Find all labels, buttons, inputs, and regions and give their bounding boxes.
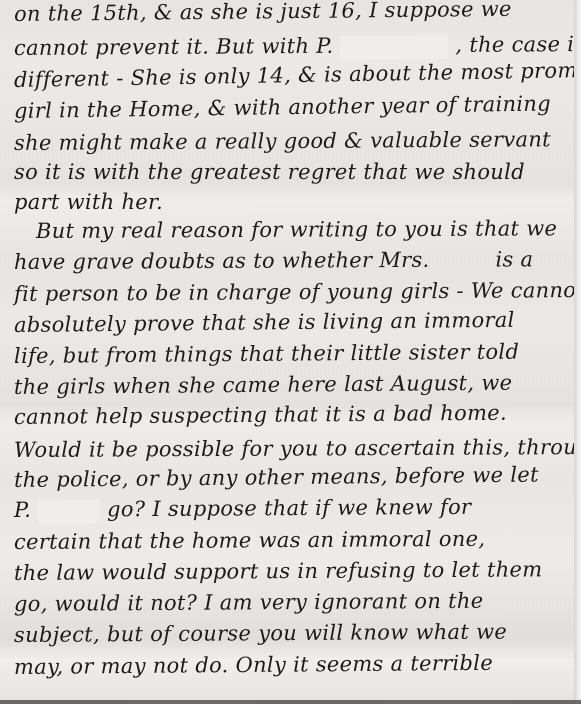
redaction-box [340, 34, 448, 59]
letter-line-9: have grave doubts as to whether Mrs. is … [14, 247, 533, 275]
letter-line-9-after: is a [495, 247, 533, 271]
letter-page: on the 15th, & as she is just 16, I supp… [0, 0, 581, 704]
letter-line-6: so it is with the greatest regret that w… [14, 160, 525, 184]
letter-line-4: girl in the Home, & with another year of… [14, 92, 551, 123]
paper-edge [574, 0, 581, 704]
letter-line-18: certain that the home was an immoral one… [14, 527, 485, 554]
letter-line-10: fit person to be in charge of young girl… [14, 278, 581, 306]
letter-line-17-after: go? I suppose that if we knew for [107, 495, 471, 522]
letter-line-7: part with her. [14, 190, 163, 214]
letter-line-8: But my real reason for writing to you is… [36, 216, 557, 243]
letter-line-15: Would it be possible for you to ascertai… [14, 435, 581, 462]
letter-line-9-before: have grave doubts as to whether Mrs. [14, 248, 430, 274]
letter-line-13: the girls when she came here last August… [14, 371, 513, 399]
scan-bottom-edge [0, 700, 581, 704]
letter-line-20: go, would it not? I am very ignorant on … [14, 589, 484, 616]
letter-line-12: life, but from things that their little … [14, 340, 519, 368]
letter-line-22: may, or may not do. Only it seems a terr… [14, 651, 493, 679]
redaction-box [436, 249, 488, 273]
letter-line-2-after: , the case is [455, 32, 581, 57]
letter-line-14: cannot help suspecting that it is a bad … [14, 401, 507, 429]
letter-line-1: on the 15th, & as she is just 16, I supp… [14, 0, 512, 26]
letter-line-3: different - She is only 14, & is about t… [14, 57, 581, 92]
letter-line-5: she might make a really good & valuable … [14, 127, 551, 155]
letter-line-11: absolutely prove that she is living an i… [14, 308, 515, 337]
letter-line-21: subject, but of course you will know wha… [14, 620, 507, 647]
redaction-box [38, 499, 100, 523]
letter-line-2: cannot prevent it. But with P. , the cas… [14, 32, 581, 61]
letter-line-17-before: P. [14, 498, 31, 522]
letter-line-2-before: cannot prevent it. But with P. [14, 34, 334, 60]
letter-line-17: P. go? I suppose that if we knew for [14, 495, 472, 524]
letter-line-19: the law would support us in refusing to … [14, 557, 543, 585]
letter-line-16: the police, or by any other means, befor… [14, 463, 539, 492]
